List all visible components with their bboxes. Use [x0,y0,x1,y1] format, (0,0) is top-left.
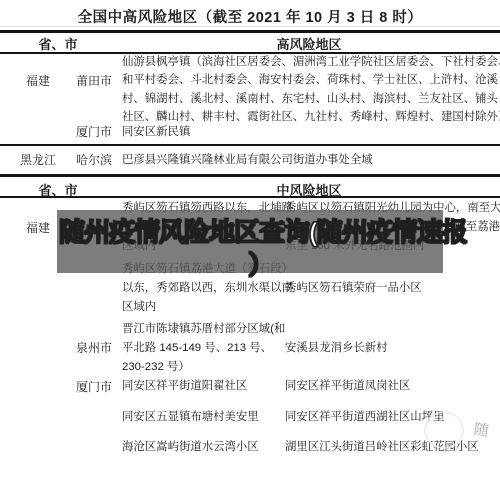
medium-quanzhou-a-line3: 230-232 号） [122,359,284,376]
medium-putian-e2a-line3: 区域内 [122,299,284,316]
divider-faint-under-title [0,26,500,27]
medium-xiamen-pair3-a: 海沧区嵩屿街道水云湾小区 [122,439,284,456]
city-cell-harbin: 哈尔滨 [68,151,120,168]
province-cell-fujian: 福建 [10,72,66,89]
medium-putian-e2b: 秀屿区笏石镇荣府一品小区 [285,280,498,297]
high-risk-table-top-rule [0,30,500,33]
medium-quanzhou-b: 安溪县龙涓乡长新村 [285,340,498,357]
city-cell-quanzhou: 泉州市 [68,339,120,356]
city-cell-xiamen-high: 厦门市 [68,123,120,140]
high-risk-header-area: 高风险地区 [122,34,496,53]
high-risk-putian-line3: 村、锦湖村、溪北村、溪南村、东宅村、山头村、海滨村、兰友社区、铺头 [122,91,498,108]
high-risk-header-province-city: 省、市 [16,34,100,53]
high-risk-xiamen-text: 同安区新民镇 [122,124,498,141]
high-risk-harbin-text: 巴彦县兴隆镇兴隆林业局有限公司街道办事处全域 [122,152,498,169]
watermark-glyph: 随 [473,418,491,441]
city-cell-xiamen-medium: 厦门市 [68,378,120,395]
medium-risk-table-top-rule [0,174,500,177]
medium-risk-header-area: 中风险地区 [122,180,496,199]
risk-area-document: 全国中高风险地区（截至 2021 年 10 月 3 日 8 时） 省、市 高风险… [0,0,500,483]
medium-xiamen-pair3-b: 湖里区江头街道吕岭社区彩虹花园小区 [285,439,498,456]
medium-putian-e2a-line2: 以东，秀郊路以西，东圳水渠以南 [122,280,284,297]
medium-xiamen-pair1-b: 同安区祥平街道凤岗社区 [285,378,498,395]
overlay-banner-text-line2: ） [248,245,274,282]
medium-xiamen-pair2-a: 同安区五显镇布塘村美安里 [122,409,284,426]
city-cell-putian: 莆田市 [68,72,120,89]
page-title: 全国中高风险地区（截至 2021 年 10 月 3 日 8 时） [0,6,500,27]
medium-quanzhou-a-line1: 晋江市陈埭镇苏厝村部分区域(和 [122,321,284,338]
overlay-banner-text-line1: 随州疫情风险地区查询(随州疫情速报 [59,212,451,249]
high-risk-row-divider-rule [0,144,500,146]
high-risk-putian-line2: 和平村委会、斗北村委会、海安村委会、荷珠村、学士社区、上浒村、沧溪 [122,72,498,89]
medium-risk-header-province-city: 省、市 [16,180,100,199]
medium-xiamen-pair2-b: 同安区祥平街道西湖社区山坪里 [285,409,498,426]
province-cell-heilongjiang: 黑龙江 [8,151,68,168]
medium-xiamen-pair1-a: 同安区祥平街道阳翟社区 [122,378,284,395]
medium-quanzhou-a-line2: 平北路 145-149 号、213 号、 [122,340,284,357]
high-risk-putian-line1: 仙游县枫亭镇（滨海社区居委会、湄洲湾工业学院社区居委会、下社村委会、 [122,54,498,71]
watermark-circle [424,411,464,449]
